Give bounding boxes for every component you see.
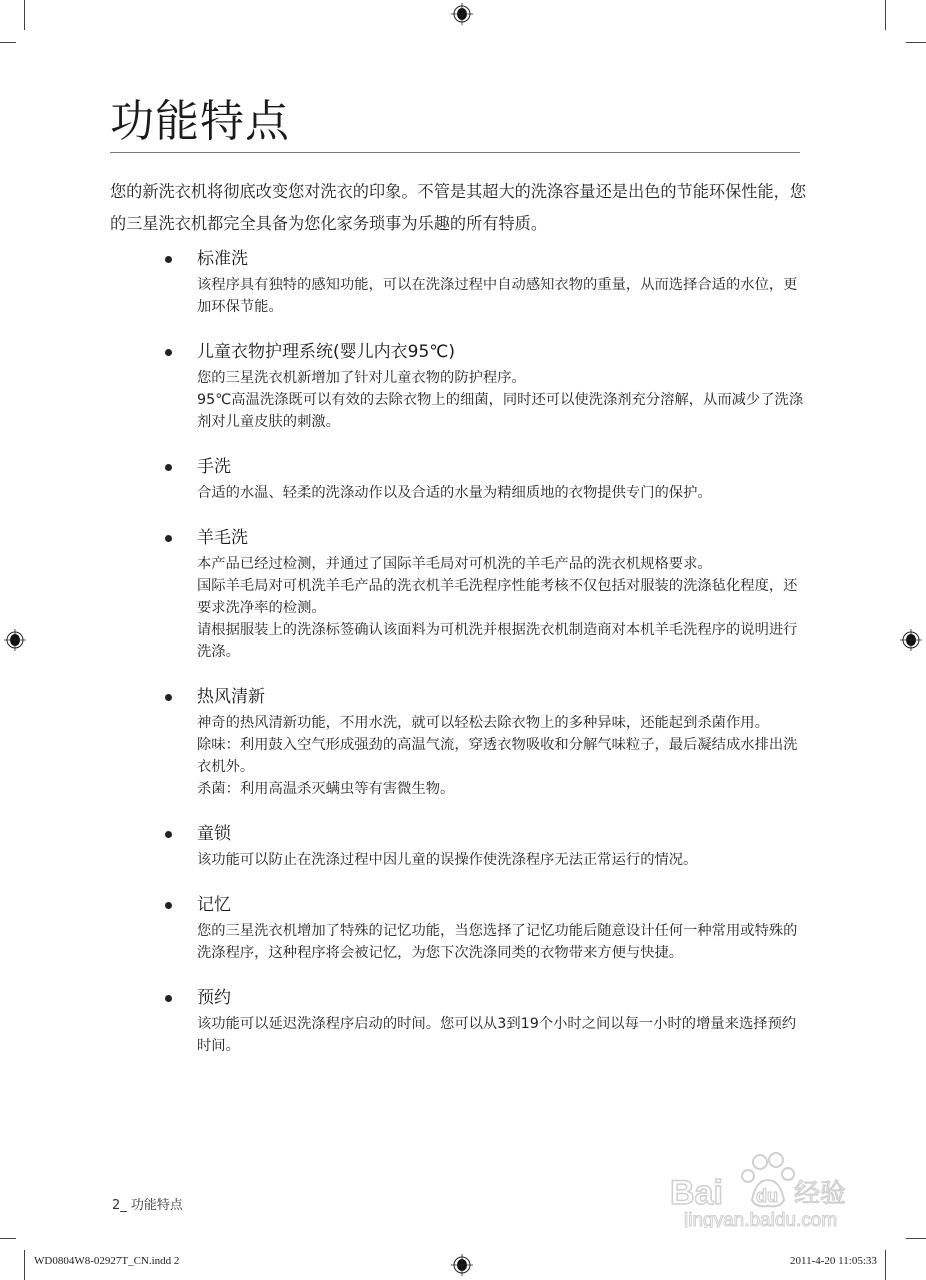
feature-description: 该程序具有独特的感知功能，可以在洗涤过程中自动感知衣物的重量，从而选择合适的水位… (197, 274, 805, 318)
feature-line: 该程序具有独特的感知功能，可以在洗涤过程中自动感知衣物的重量，从而选择合适的水位… (197, 274, 805, 318)
feature-description: 该功能可以防止在洗涤过程中因儿童的误操作使洗涤程序无法正常运行的情况。 (197, 849, 805, 871)
feature-item-baby-care: 儿童衣物护理系统(婴儿内衣95℃) 您的三星洗衣机新增加了针对儿童衣物的防护程序… (165, 339, 805, 433)
slug-filename: WD0804W8-02927T_CN.indd 2 (34, 1255, 179, 1267)
svg-text:jingyan.baidu.com: jingyan.baidu.com (683, 1210, 837, 1228)
feature-item-delay-start: 预约 该功能可以延迟洗涤程序启动的时间。您可以从3到19个小时之间以每一小时的增… (165, 985, 805, 1057)
bullet-icon (165, 464, 172, 471)
registration-mark-icon (4, 629, 26, 651)
feature-item-wool-wash: 羊毛洗 本产品已经过检测，并通过了国际羊毛局对可机洗的羊毛产品的洗衣机规格要求。… (165, 525, 805, 663)
feature-line: 95℃高温洗涤既可以有效的去除衣物上的细菌，同时还可以使洗涤剂充分溶解，从而减少… (197, 389, 805, 433)
page-footer-label: 2_ 功能特点 (112, 1194, 183, 1213)
bullet-icon (165, 694, 172, 701)
feature-description: 您的三星洗衣机增加了特殊的记忆功能，当您选择了记忆功能后随意设计任何一种常用或特… (197, 920, 805, 964)
feature-item-hand-wash: 手洗 合适的水温、轻柔的洗涤动作以及合适的水量为精细质地的衣物提供专门的保护。 (165, 454, 805, 504)
registration-mark-icon (451, 3, 473, 25)
crop-mark-bottom-right-v (885, 1250, 886, 1280)
feature-name: 热风清新 (197, 684, 805, 710)
feature-list: 标准洗 该程序具有独特的感知功能，可以在洗涤过程中自动感知衣物的重量，从而选择合… (165, 246, 805, 1078)
bullet-icon (165, 256, 172, 263)
feature-name: 记忆 (197, 892, 805, 918)
feature-item-standard-wash: 标准洗 该程序具有独特的感知功能，可以在洗涤过程中自动感知衣物的重量，从而选择合… (165, 246, 805, 318)
feature-line: 本产品已经过检测，并通过了国际羊毛局对可机洗的羊毛产品的洗衣机规格要求。 (197, 553, 805, 575)
feature-item-hot-air-refresh: 热风清新 神奇的热风清新功能，不用水洗，就可以轻松去除衣物上的多种异味，还能起到… (165, 684, 805, 800)
crop-mark-top-left-v (24, 0, 25, 30)
feature-description: 您的三星洗衣机新增加了针对儿童衣物的防护程序。 95℃高温洗涤既可以有效的去除衣… (197, 367, 805, 433)
feature-line: 请根据服装上的洗涤标签确认该面料为可机洗并根据洗衣机制造商对本机羊毛洗程序的说明… (197, 619, 805, 663)
feature-name: 预约 (197, 985, 805, 1011)
svg-text:du: du (756, 1186, 778, 1206)
feature-description: 该功能可以延迟洗涤程序启动的时间。您可以从3到19个小时之间以每一小时的增量来选… (197, 1013, 805, 1057)
feature-line: 该功能可以防止在洗涤过程中因儿童的误操作使洗涤程序无法正常运行的情况。 (197, 849, 805, 871)
registration-mark-icon (451, 1254, 473, 1276)
feature-line: 除味：利用鼓入空气形成强劲的高温气流，穿透衣物吸收和分解气味粒子，最后凝结成水排… (197, 734, 805, 778)
bullet-icon (165, 831, 172, 838)
feature-line: 您的三星洗衣机新增加了针对儿童衣物的防护程序。 (197, 367, 805, 389)
feature-name: 儿童衣物护理系统(婴儿内衣95℃) (197, 339, 805, 365)
feature-item-memory: 记忆 您的三星洗衣机增加了特殊的记忆功能，当您选择了记忆功能后随意设计任何一种常… (165, 892, 805, 964)
crop-mark-bottom-left-h (0, 1238, 16, 1239)
feature-line: 国际羊毛局对可机洗羊毛产品的洗衣机羊毛洗程序性能考核不仅包括对服装的洗涤毡化程度… (197, 575, 805, 619)
feature-line: 您的三星洗衣机增加了特殊的记忆功能，当您选择了记忆功能后随意设计任何一种常用或特… (197, 920, 805, 964)
crop-mark-bottom-right-h (906, 1238, 926, 1239)
title-divider (110, 152, 800, 153)
crop-mark-top-right-v (885, 0, 886, 30)
crop-mark-top-right-h (906, 42, 926, 43)
slug-timestamp: 2011-4-20 11:05:33 (790, 1255, 877, 1267)
svg-text:经验: 经验 (794, 1179, 846, 1209)
crop-mark-bottom-left-v (24, 1250, 25, 1280)
feature-description: 合适的水温、轻柔的洗涤动作以及合适的水量为精细质地的衣物提供专门的保护。 (197, 482, 805, 504)
bullet-icon (165, 995, 172, 1002)
bullet-icon (165, 535, 172, 542)
bullet-icon (165, 349, 172, 356)
baidu-watermark-logo-icon: Bai du 经验 jingyan.baidu.com (660, 1148, 870, 1228)
feature-line: 杀菌：利用高温杀灭螨虫等有害微生物。 (197, 778, 805, 800)
feature-line: 神奇的热风清新功能，不用水洗，就可以轻松去除衣物上的多种异味，还能起到杀菌作用。 (197, 712, 805, 734)
feature-name: 手洗 (197, 454, 805, 480)
svg-text:Bai: Bai (670, 1174, 723, 1212)
page-title: 功能特点 (110, 100, 290, 144)
registration-mark-icon (900, 629, 922, 651)
crop-mark-top-left-h (0, 42, 16, 43)
feature-line: 该功能可以延迟洗涤程序启动的时间。您可以从3到19个小时之间以每一小时的增量来选… (197, 1013, 805, 1057)
intro-paragraph: 您的新洗衣机将彻底改变您对洗衣的印象。不管是其超大的洗涤容量还是出色的节能环保性… (110, 176, 810, 240)
bullet-icon (165, 902, 172, 909)
feature-line: 合适的水温、轻柔的洗涤动作以及合适的水量为精细质地的衣物提供专门的保护。 (197, 482, 805, 504)
feature-name: 童锁 (197, 821, 805, 847)
feature-description: 本产品已经过检测，并通过了国际羊毛局对可机洗的羊毛产品的洗衣机规格要求。 国际羊… (197, 553, 805, 663)
feature-description: 神奇的热风清新功能，不用水洗，就可以轻松去除衣物上的多种异味，还能起到杀菌作用。… (197, 712, 805, 800)
feature-name: 羊毛洗 (197, 525, 805, 551)
feature-item-child-lock: 童锁 该功能可以防止在洗涤过程中因儿童的误操作使洗涤程序无法正常运行的情况。 (165, 821, 805, 871)
feature-name: 标准洗 (197, 246, 805, 272)
